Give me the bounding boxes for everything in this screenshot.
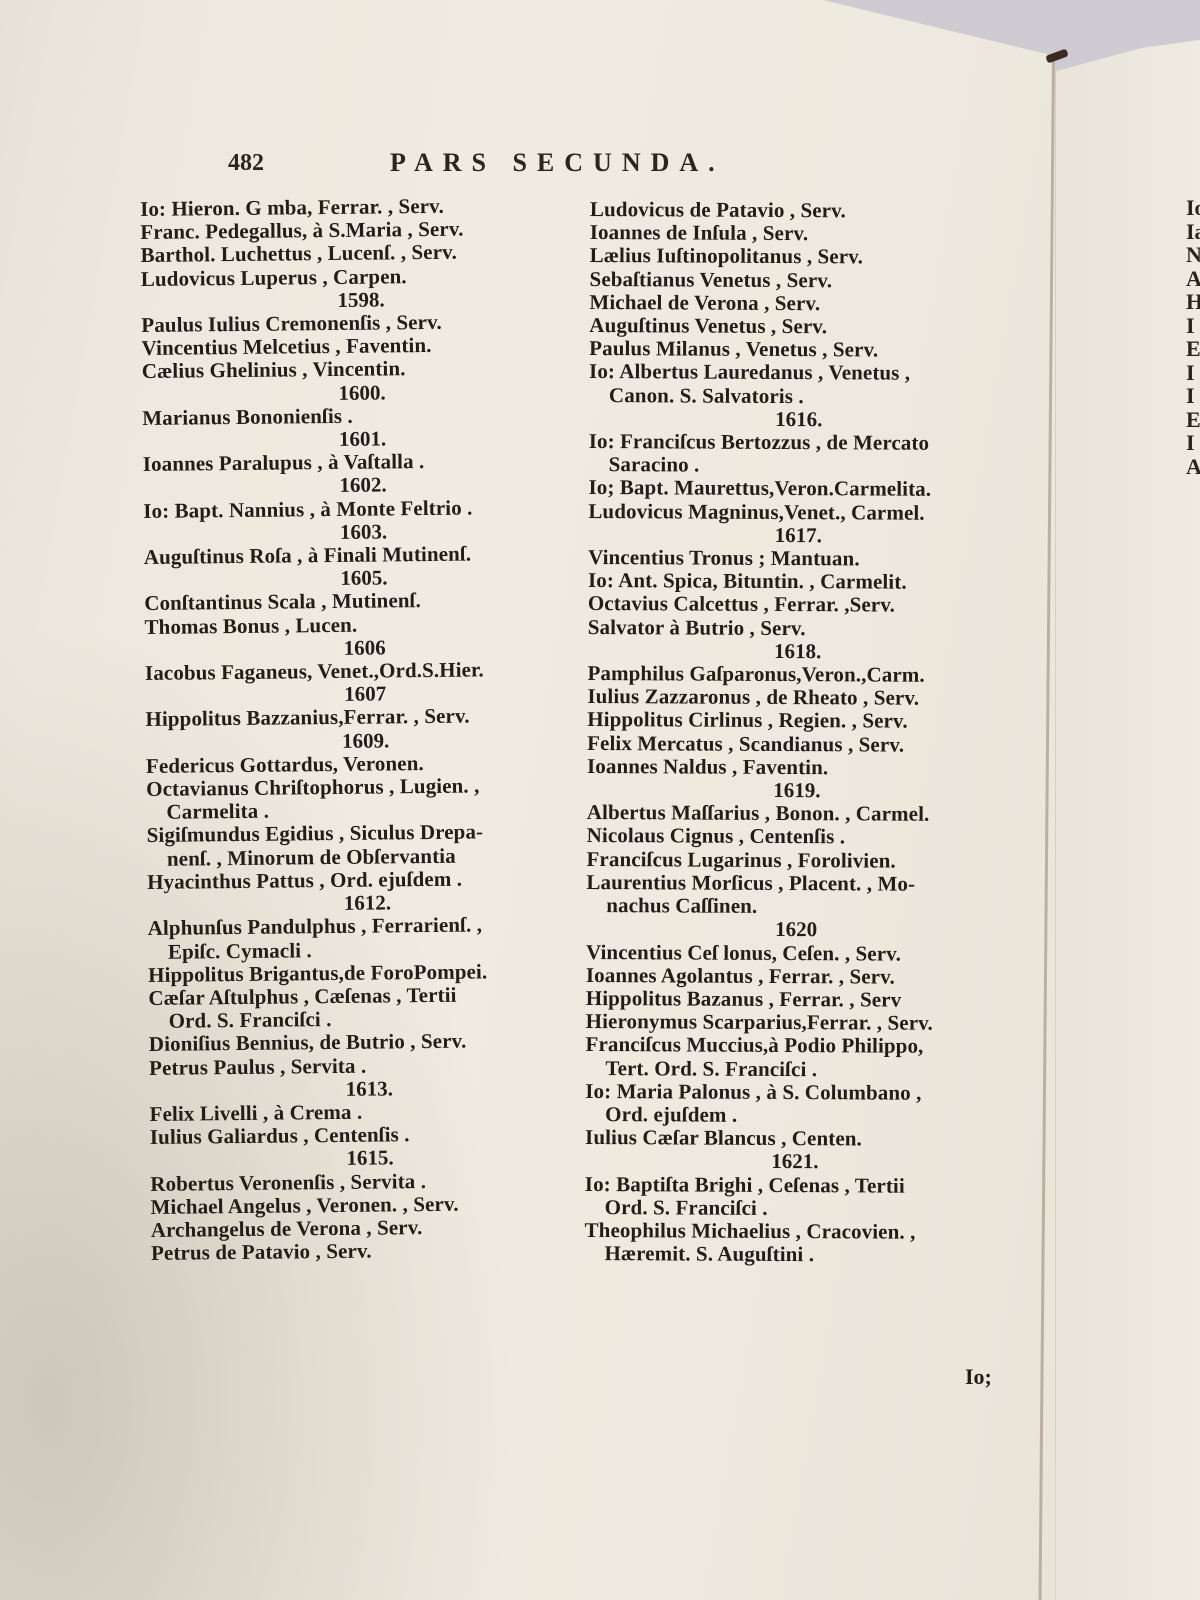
list-item: Franciſcus Muccius,à Podio Philippo, bbox=[586, 1033, 1006, 1058]
list-item: Vincentius Ceſ lonus, Ceſen. , Serv. bbox=[586, 940, 1006, 965]
year-heading: 1621. bbox=[585, 1149, 1005, 1174]
facing-page-text: IoIaNAHIEIIEIA bbox=[1186, 196, 1200, 478]
list-item: Ludovicus Magninus,Venet., Carmel. bbox=[588, 500, 1008, 525]
list-item: Salvator à Butrio , Serv. bbox=[588, 616, 1008, 641]
list-item: Io; Bapt. Maurettus,Veron.Carmelita. bbox=[588, 476, 1008, 501]
facing-line-start: I bbox=[1186, 384, 1200, 408]
list-item-continuation: Canon. S. Salvatoris . bbox=[589, 384, 1009, 409]
right-column: Ludovicus de Patavio , Serv.Ioannes de I… bbox=[584, 198, 1010, 1268]
facing-line-start: Ia bbox=[1186, 220, 1200, 244]
list-item: Ioannes Naldus , Faventin. bbox=[587, 755, 1007, 780]
list-item: Nicolaus Cignus , Centenſis . bbox=[587, 824, 1007, 849]
facing-line-start: Io bbox=[1186, 196, 1200, 220]
left-column: Io: Hieron. G mba, Ferrar. , Serv.Franc.… bbox=[140, 193, 591, 1265]
page-header: 482 PARS SECUNDA. bbox=[0, 150, 1055, 190]
facing-line-start: H bbox=[1186, 290, 1200, 314]
catchword: Io; bbox=[965, 1364, 992, 1390]
list-item: Lælius Iuſtinopolitanus , Serv. bbox=[590, 244, 1010, 269]
facing-line-start: I bbox=[1186, 431, 1200, 455]
list-item: Ioannes Agolantus , Ferrar. , Serv. bbox=[586, 964, 1006, 989]
list-item-continuation: nachus Caſſinen. bbox=[586, 894, 1006, 919]
facing-line-start: I bbox=[1186, 361, 1200, 385]
year-heading: 1620 bbox=[586, 917, 1006, 942]
running-head: PARS SECUNDA. bbox=[390, 148, 725, 178]
list-item-continuation: Tert. Ord. S. Franciſci . bbox=[585, 1057, 1005, 1082]
facing-line-start: N bbox=[1186, 243, 1200, 267]
facing-line-start: E bbox=[1186, 408, 1200, 432]
facing-line-start: A bbox=[1186, 267, 1200, 291]
facing-line-start: E bbox=[1186, 337, 1200, 361]
list-item: Sebaſtianus Venetus , Serv. bbox=[590, 268, 1010, 293]
list-item-continuation: Hæremit. S. Auguſtini . bbox=[584, 1242, 1004, 1267]
facing-page bbox=[1056, 40, 1200, 1600]
page-number: 482 bbox=[228, 150, 264, 177]
list-item: Io: Baptiſta Brighi , Ceſenas , Tertii bbox=[585, 1173, 1005, 1198]
list-item: Petrus de Patavio , Serv. bbox=[151, 1237, 591, 1265]
facing-line-start: I bbox=[1186, 314, 1200, 338]
list-item-continuation: Ord. S. Franciſci . bbox=[585, 1196, 1005, 1221]
list-item: Octavius Calcettus , Ferrar. ,Serv. bbox=[588, 592, 1008, 617]
facing-line-start: A bbox=[1186, 455, 1200, 479]
list-item: Io: Maria Palonus , à S. Columbano , bbox=[585, 1080, 1005, 1105]
list-item: Franciſcus Lugarinus , Forolivien. bbox=[586, 848, 1006, 873]
list-item: Iulius Cæſar Blancus , Centen. bbox=[585, 1126, 1005, 1151]
list-item: Hippolitus Cirlinus , Regien. , Serv. bbox=[587, 708, 1007, 733]
list-item: Felix Mercatus , Scandianus , Serv. bbox=[587, 732, 1007, 757]
list-item: Io: Albertus Lauredanus , Venetus , bbox=[589, 360, 1009, 385]
